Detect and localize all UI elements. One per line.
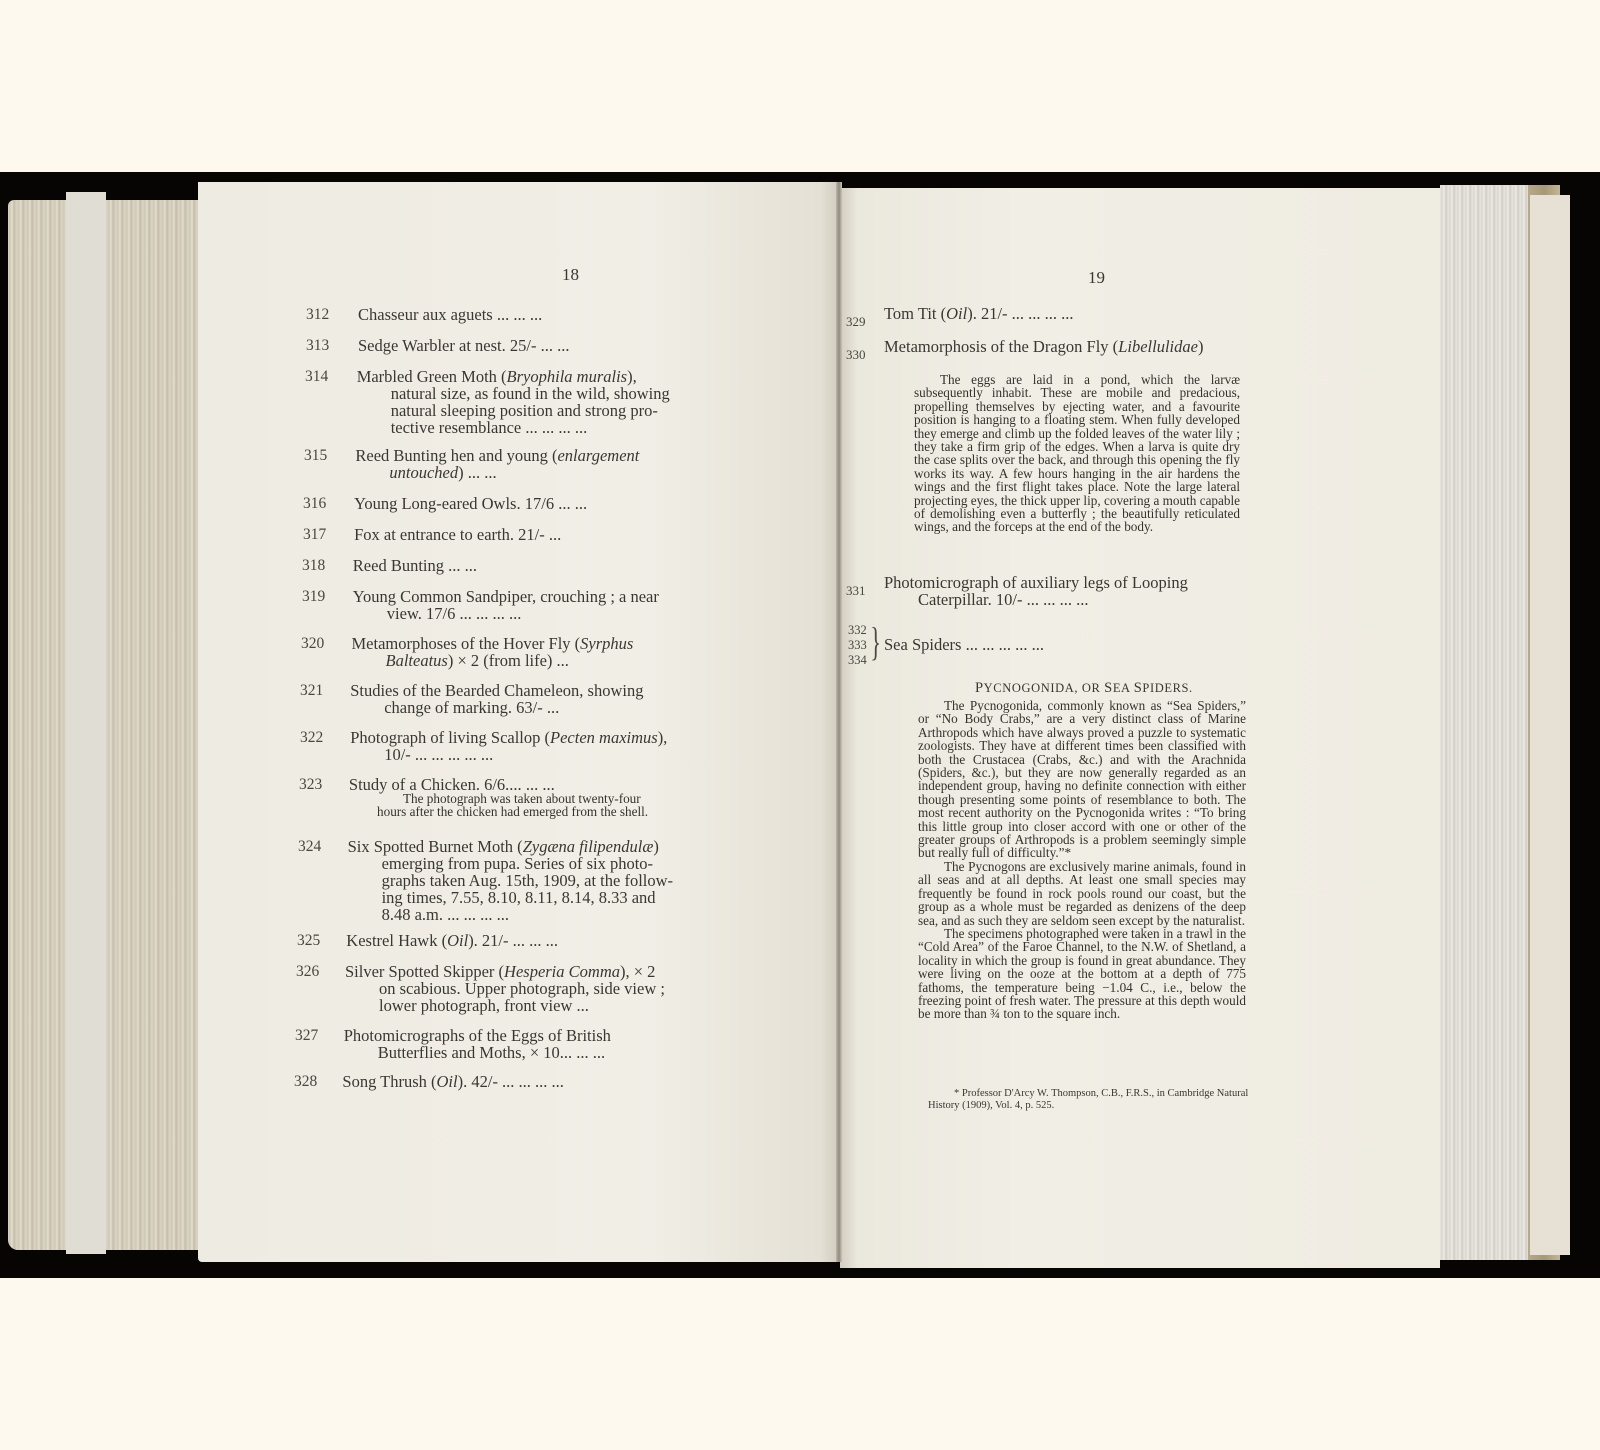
entry-title-line: natural size, as found in the wild, show…	[391, 385, 670, 402]
italic-text: Syrphus	[580, 634, 633, 653]
entry-number: 324	[298, 838, 321, 855]
entry-title-line: Reed Bunting ... ...	[353, 557, 477, 574]
book-gutter	[836, 182, 842, 1262]
entry-number: 326	[296, 963, 319, 980]
entry-number: 330	[846, 346, 866, 363]
entry-title-line: 10/- ... ... ... ... ...	[384, 746, 493, 763]
italic-text: Oil	[946, 304, 967, 323]
italic-text: Oil	[447, 931, 468, 950]
entry-title-line: Photomicrograph of auxiliary legs of Loo…	[884, 574, 1188, 591]
entry-title-line: Kestrel Hawk (Oil). 21/- ... ... ...	[346, 932, 558, 949]
grouping-brace: }	[870, 622, 881, 662]
dragonfly-description: The eggs are laid in a pond, which the l…	[914, 373, 1240, 534]
italic-text: Pecten maximus	[550, 728, 658, 747]
entry-number: 314	[305, 368, 328, 385]
entry-title-line: Tom Tit (Oil). 21/- ... ... ... ...	[884, 305, 1074, 322]
entry-note: The photograph was taken about twenty-fo…	[377, 792, 707, 819]
entry-title-line: Song Thrush (Oil). 42/- ... ... ... ...	[342, 1073, 564, 1090]
entry-number: 318	[302, 557, 325, 574]
entry-title-line: 8.48 a.m. ... ... ... ...	[382, 906, 509, 923]
entry-number: 334	[848, 652, 867, 669]
entry-number: 328	[294, 1073, 317, 1090]
entry-title-line: Studies of the Bearded Chameleon, showin…	[350, 682, 643, 699]
entry-title-line: lower photograph, front view ...	[379, 997, 589, 1014]
entry-title-line: Metamorphoses of the Hover Fly (Syrphus	[352, 635, 634, 652]
entry-number: 316	[303, 495, 326, 512]
entry-number: 323	[299, 776, 322, 793]
entry-title-line: view. 17/6 ... ... ... ...	[387, 605, 522, 622]
entry-title-line: Caterpillar. 10/- ... ... ... ...	[918, 591, 1088, 608]
entry-number: 322	[300, 729, 323, 746]
entry-title-line: Sea Spiders ... ... ... ... ...	[884, 636, 1044, 653]
entry-title-line: Photograph of living Scallop (Pecten max…	[350, 729, 667, 746]
back-cover-edge	[1530, 195, 1570, 1255]
left-page-edges	[8, 200, 198, 1250]
entry-title-line: Six Spotted Burnet Moth (Zygæna filipend…	[348, 838, 659, 855]
entry-number: 312	[306, 306, 329, 323]
entry-title-line: graphs taken Aug. 15th, 1909, at the fol…	[382, 872, 673, 889]
paragraph: The specimens photographed were taken in…	[918, 927, 1246, 1021]
entry-number: 319	[302, 588, 325, 605]
entry-title-line: on scabious. Upper photograph, side view…	[379, 980, 665, 997]
entry-title-line: change of marking. 63/- ...	[384, 699, 559, 716]
note-line: The photograph was taken about twenty-fo…	[377, 792, 707, 805]
entry-title-line: Silver Spotted Skipper (Hesperia Comma),…	[345, 963, 655, 980]
footnote: * Professor D'Arcy W. Thompson, C.B., F.…	[928, 1088, 1254, 1112]
entry-title-line: Photomicrographs of the Eggs of British	[344, 1027, 611, 1044]
entry-number: 315	[304, 447, 327, 464]
paragraph: The Pycnogonida, commonly known as “Sea …	[918, 699, 1246, 860]
entry-number: 331	[846, 582, 866, 599]
entry-title-line: Metamorphosis of the Dragon Fly (Libellu…	[884, 338, 1203, 355]
entry-title-line: Young Long-eared Owls. 17/6 ... ...	[354, 495, 587, 512]
entry-number: 317	[303, 526, 326, 543]
entry-title-line: emerging from pupa. Series of six photo-	[382, 855, 653, 872]
entry-title-line: tective resemblance ... ... ... ...	[391, 419, 588, 436]
section-heading: PYCNOGONIDA, OR SEA SPIDERS.	[975, 680, 1193, 697]
paragraph: The Pycnogons are exclusively marine ani…	[918, 860, 1246, 927]
entry-title-line: Sedge Warbler at nest. 25/- ... ...	[358, 337, 569, 354]
italic-text: Libellulidae	[1118, 337, 1198, 356]
entry-title-line: ing times, 7.55, 8.10, 8.11, 8.14, 8.33 …	[382, 889, 656, 906]
entry-title-line: natural sleeping position and strong pro…	[391, 402, 658, 419]
italic-text: Oil	[437, 1072, 458, 1091]
entry-title-line: Young Common Sandpiper, crouching ; a ne…	[353, 588, 659, 605]
entry-title-line: Fox at entrance to earth. 21/- ...	[354, 526, 561, 543]
page-number-right: 19	[1088, 268, 1105, 288]
entry-title-line: Reed Bunting hen and young (enlargement	[355, 447, 639, 464]
page-number-left: 18	[562, 265, 579, 285]
entry-title-line: Butterflies and Moths, × 10... ... ...	[378, 1044, 605, 1061]
sea-spiders-text: The Pycnogonida, commonly known as “Sea …	[918, 699, 1246, 1021]
italic-text: Balteatus	[386, 651, 448, 670]
entry-title-line: Chasseur aux aguets ... ... ...	[358, 306, 542, 323]
entry-number: 321	[300, 682, 323, 699]
entry-number: 313	[306, 337, 329, 354]
italic-text: untouched	[389, 463, 458, 482]
note-line: hours after the chicken had emerged from…	[377, 805, 707, 818]
entry-number: 329	[846, 313, 866, 330]
italic-text: enlargement	[557, 446, 639, 465]
entry-number: 327	[295, 1027, 318, 1044]
entry-title-line: Balteatus) × 2 (from life) ...	[386, 652, 569, 669]
entry-title-line: untouched) ... ...	[389, 464, 496, 481]
entry-number: 320	[301, 635, 324, 652]
entry-title-line: Marbled Green Moth (Bryophila muralis),	[357, 368, 637, 385]
entry-number: 325	[297, 932, 320, 949]
